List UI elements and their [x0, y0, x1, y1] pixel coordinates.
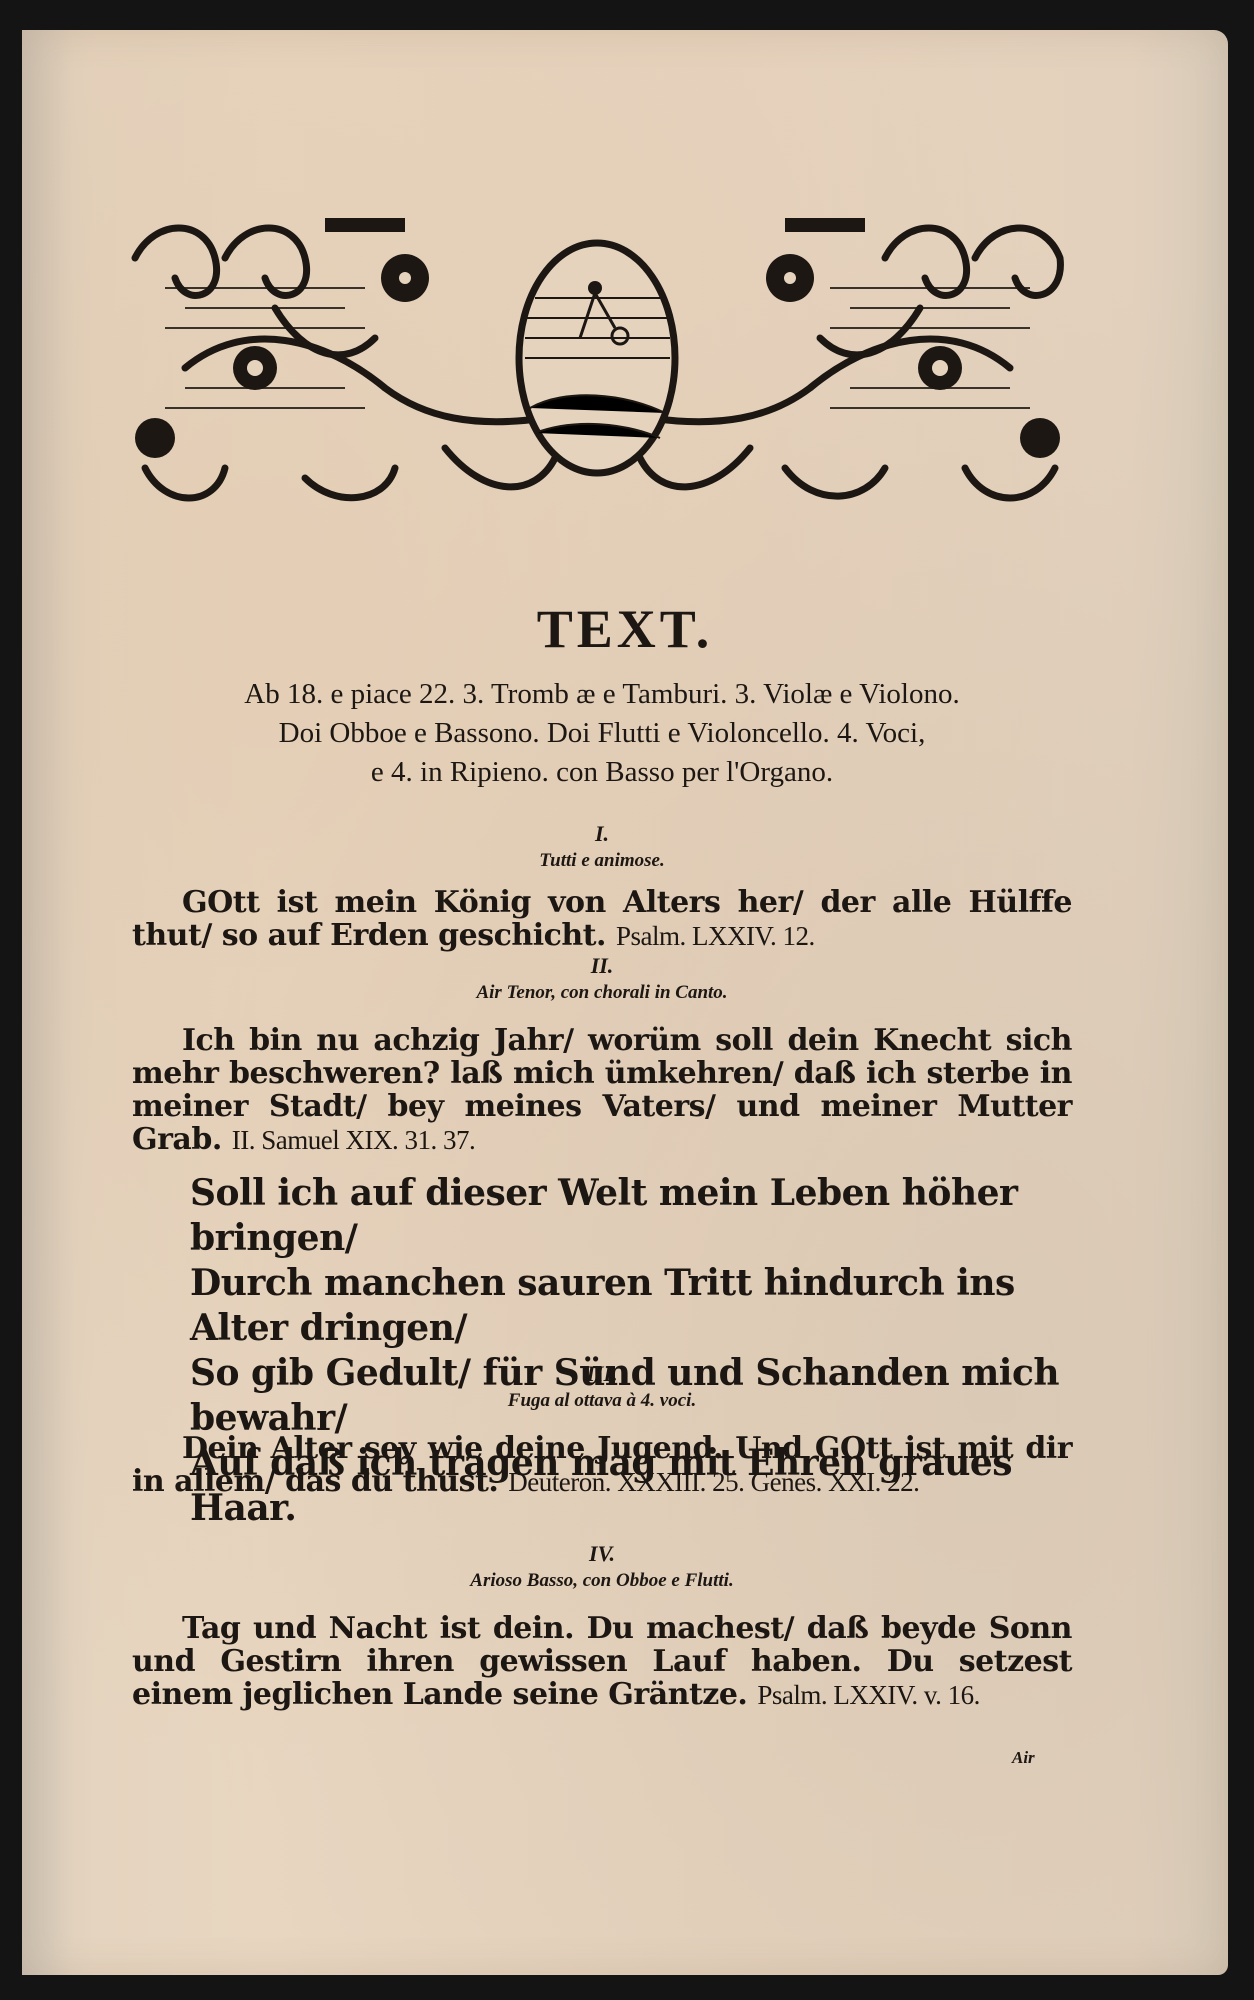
- scoring-list: Ab 18. e piace 22. 3. Tromb æ e Tamburi.…: [142, 675, 1062, 792]
- catchword: Air: [1012, 1748, 1035, 1768]
- section-number: IV.: [132, 1540, 1072, 1568]
- scripture-reference: Psalm. LXXIV. 12.: [616, 921, 815, 951]
- section-number: III.: [132, 1360, 1072, 1388]
- section-number: II.: [132, 952, 1072, 980]
- section-text: Dein Alter sey wie deine Jugend. Und GOt…: [132, 1432, 1072, 1499]
- document-page: TEXT. Ab 18. e piace 22. 3. Tromb æ e Ta…: [22, 30, 1228, 1975]
- scoring-line: e 4. in Ripieno. con Basso per l'Organo.: [142, 753, 1062, 792]
- section-4: IV. Arioso Basso, con Obboe e Flutti. Ta…: [132, 1540, 1072, 1712]
- scoring-line: Doi Obboe e Bassono. Doi Flutti e Violon…: [142, 714, 1062, 753]
- movement-heading: Air Tenor, con chorali in Canto.: [132, 980, 1072, 1006]
- scripture-reference: Psalm. LXXIV. v. 16.: [757, 1680, 980, 1710]
- section-text: GOtt ist mein König von Alters her/ der …: [132, 886, 1072, 953]
- scoring-line: Ab 18. e piace 22. 3. Tromb æ e Tamburi.…: [142, 675, 1062, 714]
- section-number: I.: [132, 820, 1072, 848]
- movement-heading: Tutti e animose.: [132, 848, 1072, 874]
- movement-heading: Arioso Basso, con Obboe e Flutti.: [132, 1568, 1072, 1594]
- section-text: Ich bin nu achzig Jahr/ worüm soll dein …: [132, 1024, 1072, 1157]
- section-1: I. Tutti e animose. GOtt ist mein König …: [132, 820, 1072, 953]
- section-3: III. Fuga al ottava à 4. voci. Dein Alte…: [132, 1360, 1072, 1499]
- woodcut-ornament-icon: [125, 218, 1070, 505]
- page-title: TEXT.: [22, 598, 1228, 660]
- page-gutter-shadow: [22, 30, 74, 1975]
- verse-line: Soll ich auf dieser Welt mein Leben höhe…: [190, 1171, 1072, 1261]
- verse-line: Durch manchen sauren Tritt hindurch ins …: [190, 1261, 1072, 1351]
- section-text: Tag und Nacht ist dein. Du machest/ daß …: [132, 1612, 1072, 1712]
- scripture-reference: Deuteron. XXXIII. 25. Genes. XXI. 22.: [508, 1467, 919, 1497]
- scripture-reference: II. Samuel XIX. 31. 37.: [232, 1125, 475, 1155]
- movement-heading: Fuga al ottava à 4. voci.: [132, 1388, 1072, 1414]
